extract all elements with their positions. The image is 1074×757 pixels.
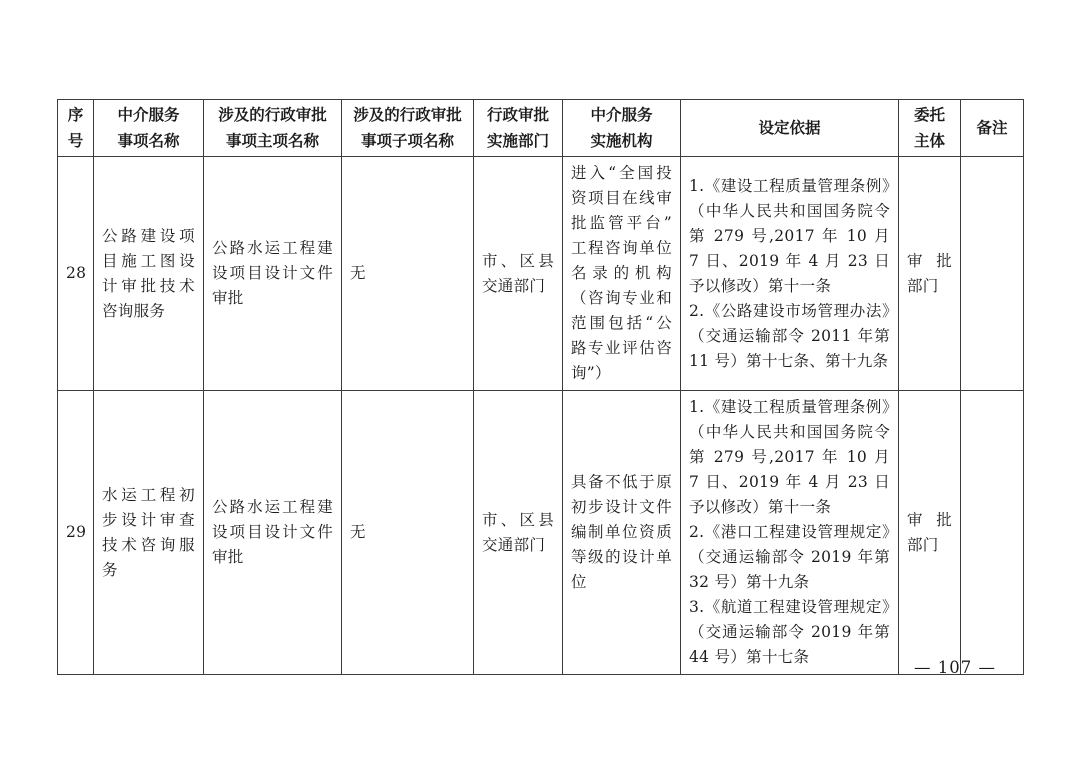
cell-main-item-name: 公路水运工程建设项目设计文件审批 xyxy=(204,157,342,391)
header-entrusting-subject: 委托 主体 xyxy=(899,100,961,157)
header-service-name: 中介服务 事项名称 xyxy=(94,100,204,157)
cell-service-agency: 具备不低于原初步设计文件编制单位资质等级的设计单位 xyxy=(563,391,681,675)
header-service-agency: 中介服务 实施机构 xyxy=(563,100,681,157)
table-row-29: 29 水运工程初步设计审查技术咨询服务 公路水运工程建设项目设计文件审批 无 市… xyxy=(58,391,1024,675)
header-serial-number: 序 号 xyxy=(58,100,94,157)
table-header-row: 序 号 中介服务 事项名称 涉及的行政审批 事项主项名称 涉及的行政审批 事项子… xyxy=(58,100,1024,157)
cell-service-name: 公路建设项目施工图设计审批技术咨询服务 xyxy=(94,157,204,391)
cell-setting-basis: 1.《建设工程质量管理条例》（中华人民共和国国务院令第 279 号,2017 年… xyxy=(681,391,899,675)
table-row-28: 28 公路建设项目施工图设计审批技术咨询服务 公路水运工程建设项目设计文件审批 … xyxy=(58,157,1024,391)
cell-entrusting-subject: 审批部门 xyxy=(899,391,961,675)
cell-remarks xyxy=(961,157,1024,391)
cell-service-agency: 进入“全国投资项目在线审批监管平台”工程咨询单位名录的机构（咨询专业和范围包括“… xyxy=(563,157,681,391)
cell-serial-number: 28 xyxy=(58,157,94,391)
document-page: 序 号 中介服务 事项名称 涉及的行政审批 事项主项名称 涉及的行政审批 事项子… xyxy=(0,0,1074,757)
header-remarks: 备注 xyxy=(961,100,1024,157)
cell-serial-number: 29 xyxy=(58,391,94,675)
cell-approval-department: 市、区县交通部门 xyxy=(474,157,563,391)
header-approval-department: 行政审批 实施部门 xyxy=(474,100,563,157)
header-sub-item-name: 涉及的行政审批 事项子项名称 xyxy=(342,100,474,157)
cell-remarks xyxy=(961,391,1024,675)
intermediary-service-table: 序 号 中介服务 事项名称 涉及的行政审批 事项主项名称 涉及的行政审批 事项子… xyxy=(57,99,1024,675)
cell-sub-item-name: 无 xyxy=(342,157,474,391)
cell-approval-department: 市、区县交通部门 xyxy=(474,391,563,675)
page-number: — 107 — xyxy=(914,658,996,677)
cell-service-name: 水运工程初步设计审查技术咨询服务 xyxy=(94,391,204,675)
header-main-item-name: 涉及的行政审批 事项主项名称 xyxy=(204,100,342,157)
cell-setting-basis: 1.《建设工程质量管理条例》（中华人民共和国国务院令第 279 号,2017 年… xyxy=(681,157,899,391)
cell-entrusting-subject: 审批部门 xyxy=(899,157,961,391)
cell-sub-item-name: 无 xyxy=(342,391,474,675)
header-setting-basis: 设定依据 xyxy=(681,100,899,157)
cell-main-item-name: 公路水运工程建设项目设计文件审批 xyxy=(204,391,342,675)
